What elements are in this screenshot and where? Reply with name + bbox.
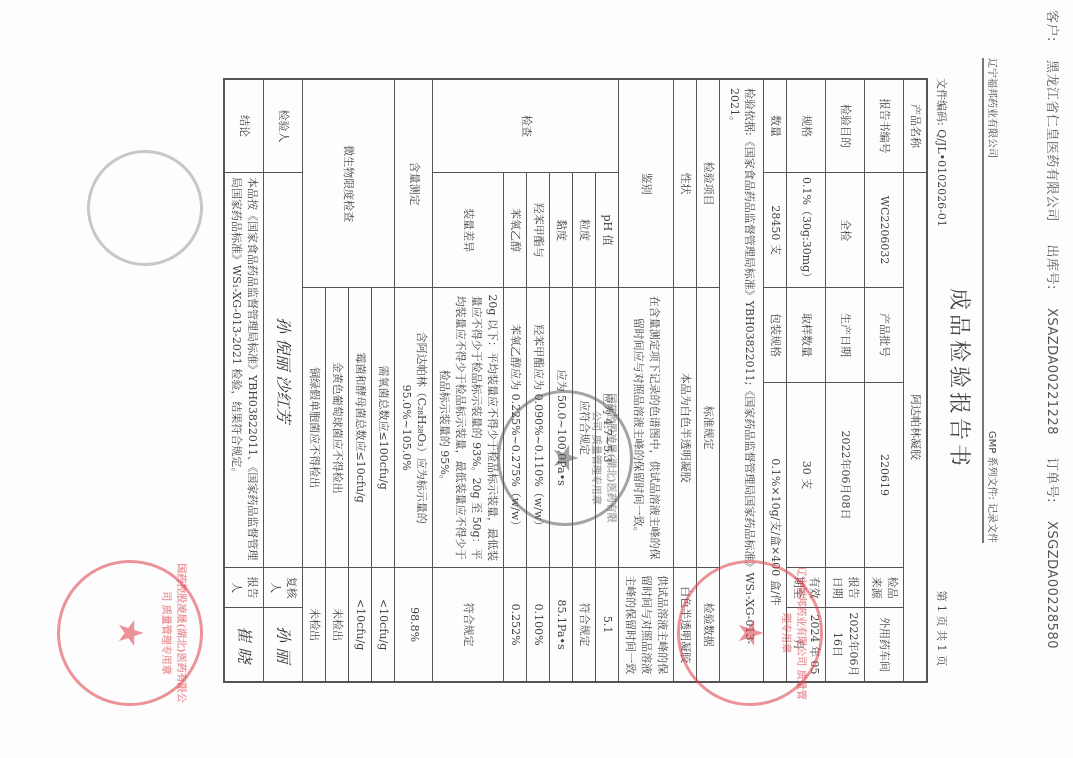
col-header-standard: 标准规定 [696, 288, 719, 568]
batch-label: 产品批号 [865, 288, 904, 383]
packing: 0.1%×10g/支/盒×400 盒/件 [764, 382, 787, 682]
item-result: 98.8% [394, 568, 433, 682]
group-label: 检查 [433, 79, 618, 173]
item-result: 未检出 [302, 568, 325, 682]
reviewer-label: 复核人 [264, 568, 303, 608]
item-result: 符合规定 [433, 568, 504, 682]
report-date: 2022年06月16日 [826, 608, 865, 682]
item-result: 85.1Pa•s [550, 568, 573, 682]
gmp-label: GMP 系列文件: 记录文件 [986, 431, 1001, 543]
product-name-label: 产品名称 [904, 79, 927, 173]
item-name: 苯氧乙醇 [504, 173, 527, 288]
source-label: 检品来源 [865, 568, 904, 608]
item-name: 装量差异 [433, 173, 504, 288]
sample-qty-label: 取样数量 [787, 288, 826, 383]
item-name: 含量测定 [394, 79, 433, 288]
item-standard: 应符合规定 [573, 288, 596, 568]
item-standard: 本品为白色半透明凝胶 [673, 288, 696, 568]
item-name: pH 值 [596, 173, 619, 288]
stamp-text: 国药控股凌晟(湖北)医药有限公司 质量管理专用章 [160, 563, 190, 703]
report-sheet: 客户:黑龙江省仁皇医药有限公司 出库号:XSAZDA00221228 订单号:X… [0, 0, 1073, 758]
item-standard: 苯氧乙醇应为 0.225%~0.275%（w/w） [504, 288, 527, 568]
outbound-number: XSAZDA00221228 [1044, 308, 1059, 435]
quantity-label: 数量 [764, 79, 787, 173]
col-header-item: 检验项目 [696, 79, 719, 288]
sample-qty: 30 支 [787, 382, 826, 567]
prod-date-label: 生产日期 [826, 288, 865, 383]
table-row: 微生物限度检查需氧菌总数应≤100cfu/g<10cfu/g [371, 79, 394, 682]
item-standard: 需氧菌总数应≤100cfu/g [371, 288, 394, 568]
table-row: 鉴别在含量测定项下记录的色谱图中，供试品溶液主峰的保留时间应与对照品溶液主峰的保… [618, 79, 673, 682]
item-standard: 霉菌和酵母菌总数应≤10cfu/g [348, 288, 371, 568]
item-result: <10cfu/g [348, 568, 371, 682]
customer-line: 客户:黑龙江省仁皇医药有限公司 出库号:XSAZDA00221228 订单号:X… [1044, 10, 1063, 748]
report-no: WC2206032 [865, 173, 904, 288]
inspection-basis: 检验依据:《国家食品药品监督管理局标准》YBH03822011;《国家药品监督管… [719, 79, 764, 682]
item-standard: 金黄色葡萄球菌应不得检出 [325, 288, 348, 568]
item-result: 0.252% [504, 568, 527, 682]
spec-label: 规格 [787, 79, 826, 173]
expiry: 2024 年 05 月 [787, 608, 826, 682]
inspector-label: 检验人 [264, 79, 303, 173]
item-standard: 在含量测定项下记录的色谱图中，供试品溶液主峰的保留时间应与对照品溶液主峰的保留时… [618, 288, 673, 568]
batch-number: 220619 [865, 382, 904, 567]
purpose: 全检 [826, 173, 865, 288]
item-result: 符合规定 [573, 568, 596, 682]
reporter-signature: 崔 晓 [224, 608, 263, 682]
report-date-label: 报告日期 [826, 568, 865, 608]
item-name: 性状 [673, 79, 696, 288]
item-standard: 含阿达帕林（C₂₈H₂₈O₃）应为标示量的 95.0%~105.0% [394, 288, 433, 568]
reporter-label: 报告人 [224, 568, 263, 608]
item-standard: 应为 4.7~5.3 [596, 288, 619, 568]
company-name: 辽宁福邦药业有限公司 [986, 58, 1001, 158]
report-table: 产品名称 阿达帕林凝胶 报告书编号 WC2206032 产品批号 220619 … [223, 78, 928, 683]
conclusion-label: 结论 [224, 79, 263, 173]
faded-seal-stamp [87, 150, 203, 266]
item-result: 未检出 [325, 568, 348, 682]
item-name: 鉴别 [618, 79, 673, 288]
packing-label: 包装规格 [764, 288, 787, 383]
item-name: 羟苯甲酯与 [527, 173, 550, 288]
item-result: 0.100% [527, 568, 550, 682]
order-number: XSGZDA00228580 [1044, 521, 1059, 649]
item-result: 供试品溶液主峰的保留时间与对照品溶液主峰的保留时间一致 [618, 568, 673, 682]
table-row: 性状本品为白色半透明凝胶白色半透明凝胶 [673, 79, 696, 682]
item-standard: 羟苯甲酯应为 0.090%~0.110%（w/w） [527, 288, 550, 568]
doc-meta: 文件编码: Q/JL•0102026-01 第 1 页 共 1 页 [934, 78, 950, 666]
report-no-label: 报告书编号 [865, 79, 904, 173]
item-standard: 20g 以下：平均装量应不得少于检品标示装量，最低装量应不得少于检品标示装量的 … [433, 288, 504, 568]
customer-label: 客户: [1044, 10, 1059, 42]
conclusion: 本品按《国家食品药品监督管理局标准》YBH03822011、《国家药品监督管理局… [224, 173, 263, 568]
item-name: 微生物限度检查 [302, 79, 394, 288]
reviewer-signature: 孙 丽 [264, 608, 303, 682]
items-body: 性状本品为白色半透明凝胶白色半透明凝胶鉴别在含量测定项下记录的色谱图中，供试品溶… [302, 79, 696, 682]
document-header: 辽宁福邦药业有限公司 GMP 系列文件: 记录文件 [982, 58, 1010, 543]
inspector-signature: 孙 倪丽 沙红芳 [264, 173, 303, 568]
doc-code: 文件编码: Q/JL•0102026-01 [934, 78, 950, 227]
col-header-result: 检验数据 [696, 568, 719, 682]
item-result: <10cfu/g [371, 568, 394, 682]
item-result: 白色半透明凝胶 [673, 568, 696, 682]
outbound-label: 出库号: [1044, 245, 1059, 290]
prod-date: 2022年06月08日 [826, 382, 865, 567]
page-info: 第 1 页 共 1 页 [934, 591, 950, 666]
purpose-label: 检验目的 [826, 79, 865, 173]
product-name: 阿达帕林凝胶 [904, 173, 927, 683]
order-label: 订单号: [1044, 458, 1059, 503]
quantity: 28450 支 [764, 173, 787, 288]
distributor-seal-stamp: ★国药控股凌晟(湖北)医药有限公司 质量管理专用章 [57, 560, 203, 706]
item-name: 粒度 [573, 173, 596, 288]
item-name: 黏度 [550, 173, 573, 288]
spec: 0.1%（30g:30mg） [787, 173, 826, 288]
item-standard: 铜绿假单胞菌应不得检出 [302, 288, 325, 568]
item-standard: 应为 50.0~100.0Pa•s [550, 288, 573, 568]
source: 外用药车间 [865, 608, 904, 682]
table-row: 检查pH 值应为 4.7~5.35.1 [596, 79, 619, 682]
item-result: 5.1 [596, 568, 619, 682]
customer-name: 黑龙江省仁皇医药有限公司 [1044, 60, 1059, 222]
expiry-label: 有效期至 [787, 568, 826, 608]
table-row: 含量测定含阿达帕林（C₂₈H₂₈O₃）应为标示量的 95.0%~105.0%98… [394, 79, 433, 682]
